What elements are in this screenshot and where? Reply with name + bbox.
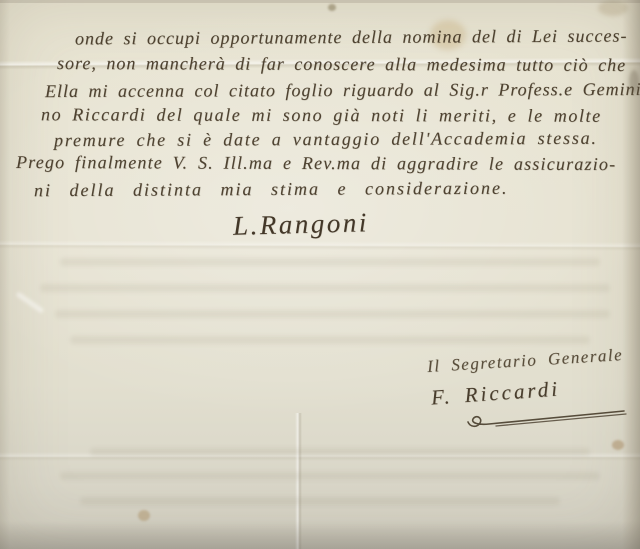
ink-showthrough-line [70,336,590,344]
paper-edge-notch [629,70,639,94]
ink-showthrough-line [40,284,610,292]
paper-shadow-bottom [0,521,640,549]
letter-line: premure che si è date a vantaggio dell'A… [54,128,598,151]
crease-mark [15,291,44,313]
fold-crease-middle [0,240,640,251]
ink-showthrough-line [60,472,600,480]
paper-edge-top [0,0,640,3]
signature-flourish-underline [462,403,630,429]
letter-line: sore, non mancherà di far conoscere alla… [57,53,626,76]
letter-line: Ella mi accenna col citato foglio riguar… [45,79,640,102]
paper-stain [138,510,150,521]
paper-stain [328,4,336,11]
letter-line: no Riccardi del quale mi sono già noti l… [41,104,602,126]
author-signature: L.Rangoni [233,207,370,242]
ink-showthrough-line [90,448,590,456]
scanned-letter-page: onde si occupi opportunamente della nomi… [0,0,640,549]
ink-showthrough-line [80,497,560,505]
letter-line: Prego finalmente V. S. Ill.ma e Rev.ma d… [16,152,616,175]
paper-edge-left [0,0,10,549]
ink-showthrough-line [60,258,600,266]
letter-line: onde si occupi opportunamente della nomi… [75,26,628,50]
ink-showthrough-line [55,310,610,318]
secretary-title: Il Segretario Generale [427,345,624,377]
letter-line: ni della distinta mia stima e consideraz… [34,178,509,201]
